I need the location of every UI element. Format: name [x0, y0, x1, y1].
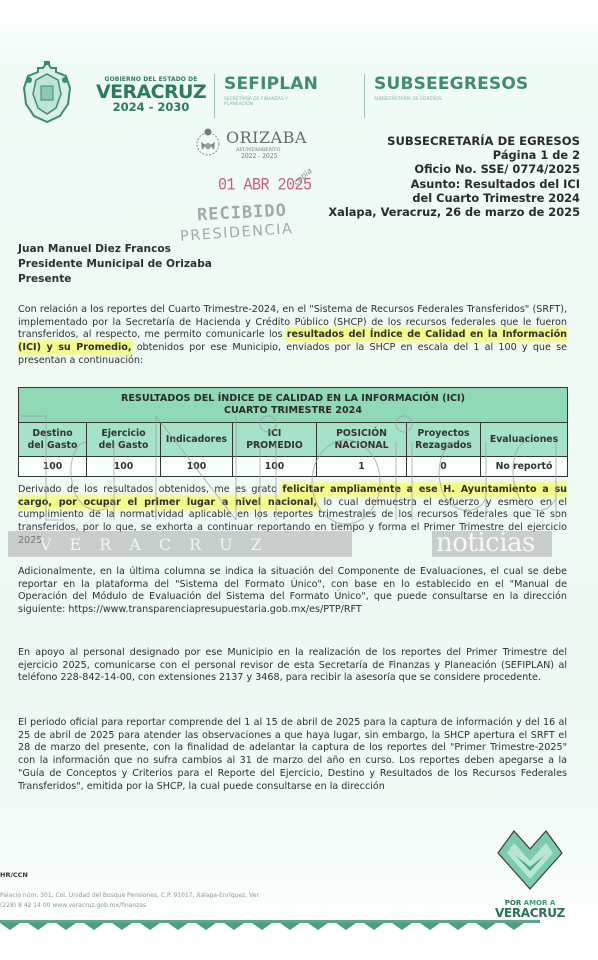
table-caption-line2: CUARTO TRIMESTRE 2024 — [19, 405, 567, 417]
footer-triangle-band-icon — [0, 920, 540, 930]
heart-diamond-icon — [495, 827, 565, 891]
recipient-salutation: Presente — [18, 272, 567, 287]
col-posicion-nacional: POSICIÓNNACIONAL — [317, 423, 407, 457]
sefiplan-logo: SEFIPLAN SECRETARÍA DE FINANZAS Y PLANEA… — [224, 74, 318, 107]
department: SUBSECRETARÍA DE EGRESOS — [328, 134, 580, 148]
ici-results-table: RESULTADOS DEL ÍNDICE DE CALIDAD EN LA I… — [18, 387, 568, 477]
sefiplan-title: SEFIPLAN — [224, 74, 318, 94]
table-caption: RESULTADOS DEL ÍNDICE DE CALIDAD EN LA I… — [19, 388, 568, 423]
recipient-name: Juan Manuel Diez Francos — [18, 242, 567, 257]
orizaba-name: ORIZABA — [226, 128, 307, 147]
subsegresos-title: SUBSEEGRESOS — [374, 74, 528, 94]
gov-name: VERACRUZ — [96, 83, 206, 101]
sefiplan-subtitle: SECRETARÍA DE FINANZAS Y PLANEACIÓN — [224, 97, 304, 107]
subsegresos-subtitle: SUBSECRETARÍA DE EGRESOS — [374, 97, 528, 102]
document-page: GOBIERNO DEL ESTADO DE VERACRUZ 2024 - 2… — [0, 0, 598, 960]
orizaba-stamp: ORIZABA AYUNTAMIENTO 2022 - 2025 — [190, 126, 330, 166]
cell-posicion: 1 — [317, 457, 407, 477]
cell-ejercicio: 100 — [87, 457, 161, 477]
paragraph-period: El periodo oficial para reportar compren… — [18, 717, 567, 793]
table-header-row: Destinodel Gasto Ejerciciodel Gasto Indi… — [19, 423, 568, 457]
paragraph-congratulations: Derivado de los resultados obtenidos, me… — [18, 484, 567, 548]
paragraph-intro: Con relación a los reportes del Cuarto T… — [18, 304, 567, 368]
address-line1: Palacio núm. 301, Col. Unidad del Bosque… — [0, 891, 260, 901]
col-ejercicio: Ejerciciodel Gasto — [87, 423, 161, 457]
col-evaluaciones: Evaluaciones — [481, 423, 568, 457]
recipient-block: Juan Manuel Diez Francos Presidente Muni… — [18, 242, 567, 287]
address-line2: (228) 8 42 14 00 www.veracruz.gob.mx/fin… — [0, 901, 260, 911]
cell-indicadores: 100 — [161, 457, 233, 477]
por-amor-a-veracruz-logo: POR AMOR A VERACRUZ — [490, 827, 570, 927]
col-indicadores: Indicadores — [161, 423, 233, 457]
paragraph-support: En apoyo al personal designado por ese M… — [18, 647, 567, 685]
cell-ici-promedio: 100 — [233, 457, 317, 477]
table-caption-line1: RESULTADOS DEL ÍNDICE DE CALIDAD EN LA I… — [19, 393, 567, 405]
subject-line2: del Cuarto Trimestre 2024 — [328, 191, 580, 205]
cell-destino: 100 — [19, 457, 87, 477]
gobierno-veracruz-logo: GOBIERNO DEL ESTADO DE VERACRUZ 2024 - 2… — [96, 76, 206, 113]
cell-proyectos: 0 — [407, 457, 481, 477]
paragraph-evaluations: Adicionalmente, en la última columna se … — [18, 566, 567, 617]
page-number: Página 1 de 2 — [328, 148, 580, 162]
para2-text-a: Derivado de los resultados obtenidos, me… — [18, 484, 282, 495]
table-row: 100 100 100 100 1 0 No reportó — [19, 457, 568, 477]
subject-line1: Asunto: Resultados del ICI — [328, 177, 580, 191]
place-date: Xalapa, Veracruz, 26 de marzo de 2025 — [328, 205, 580, 219]
col-proyectos-rezagados: ProyectosRezagados — [407, 423, 481, 457]
footer-address: Palacio núm. 301, Col. Unidad del Bosque… — [0, 891, 260, 911]
divider — [214, 74, 215, 118]
recipient-title: Presidente Municipal de Orizaba — [18, 257, 567, 272]
col-ici-promedio: ICIPROMEDIO — [233, 423, 317, 457]
oficio-number: Oficio No. SSE/ 0774/2025 — [328, 162, 580, 176]
letterhead: GOBIERNO DEL ESTADO DE VERACRUZ 2024 - 2… — [18, 58, 578, 128]
reference-block: SUBSECRETARÍA DE EGRESOS Página 1 de 2 O… — [328, 134, 580, 219]
initials: HR/CCN — [0, 871, 28, 879]
orizaba-emblem-icon — [192, 126, 224, 160]
veracruz-coat-of-arms-icon — [20, 60, 74, 124]
orizaba-years: 2022 - 2025 — [241, 153, 277, 160]
col-destino: Destinodel Gasto — [19, 423, 87, 457]
cell-evaluaciones: No reportó — [481, 457, 568, 477]
divider — [364, 74, 365, 118]
subsegresos-logo: SUBSEEGRESOS SUBSECRETARÍA DE EGRESOS — [374, 74, 528, 102]
slogan-bottom: VERACRUZ — [490, 907, 570, 919]
